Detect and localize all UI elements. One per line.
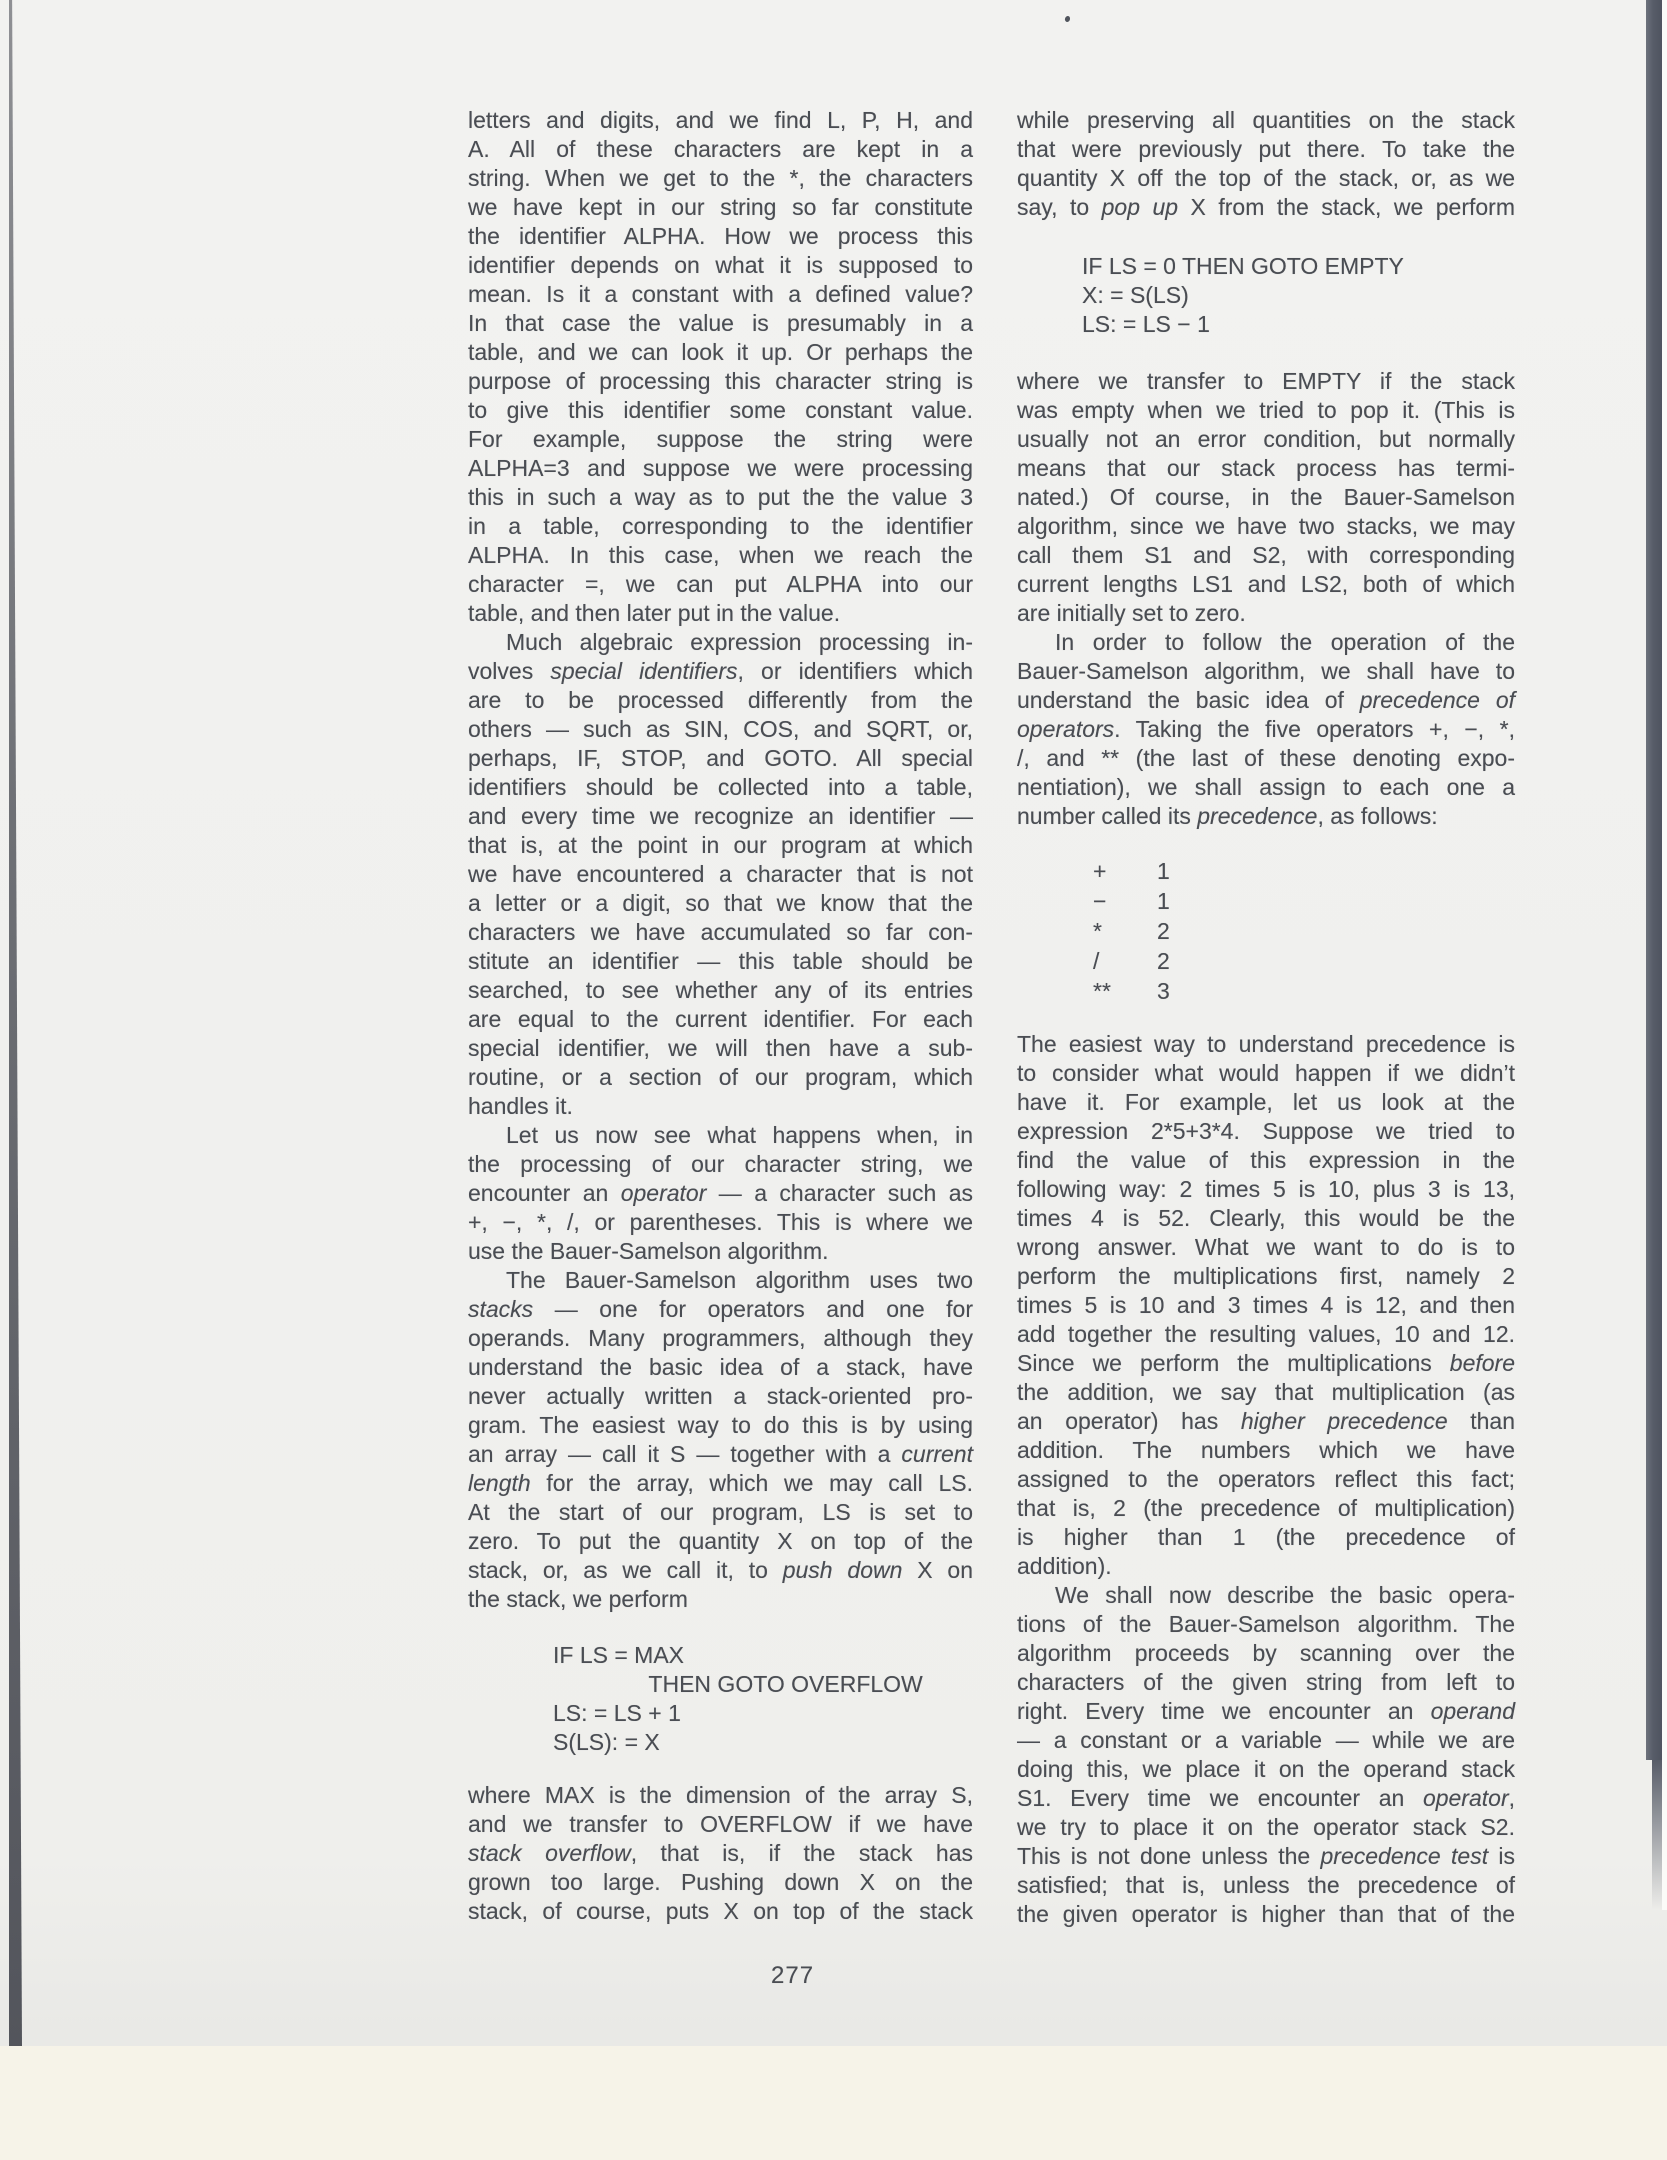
code-line: LS: = LS − 1 — [1082, 310, 1515, 339]
code-line: IF LS = MAX — [553, 1641, 973, 1670]
paragraph: Let us now see what happens when, inthe … — [468, 1121, 973, 1266]
text-line: perform the multiplications first, namel… — [1017, 1262, 1515, 1291]
text-line: special identifier, we will then have a … — [468, 1034, 973, 1063]
text-line: characters we have accumulated so far co… — [468, 918, 973, 947]
text-line: ALPHA=3 and suppose we were processing — [468, 454, 973, 483]
paragraph: letters and digits, and we find L, P, H,… — [468, 106, 973, 628]
text-line: use the Bauer-Samelson algorithm. — [468, 1237, 973, 1266]
text-line: routine, or a section of our program, wh… — [468, 1063, 973, 1092]
paragraph: In order to follow the operation of theB… — [1017, 628, 1515, 831]
text-line: The easiest way to understand precedence… — [1017, 1030, 1515, 1059]
italic-text: precedence — [1197, 803, 1317, 829]
italic-text: stacks — [468, 1296, 533, 1322]
page-right-edge-bar — [1646, 0, 1662, 1760]
text-line: The Bauer-Samelson algorithm uses two — [468, 1266, 973, 1295]
text-line: and we transfer to OVERFLOW if we have — [468, 1810, 973, 1839]
text-line: means that our stack process has termi- — [1017, 454, 1515, 483]
operator-symbol: / — [1093, 946, 1157, 976]
scanner-bottom-strip — [0, 2046, 1667, 2160]
text-line: satisfied; that is, unless the precedenc… — [1017, 1871, 1515, 1900]
text-line: stack overflow, that is, if the stack ha… — [468, 1839, 973, 1868]
text-line: number called its precedence, as follows… — [1017, 802, 1515, 831]
text-line: encounter an operator — a character such… — [468, 1179, 973, 1208]
text-line: was empty when we tried to pop it. (This… — [1017, 396, 1515, 425]
text-line: searched, to see whether any of its entr… — [468, 976, 973, 1005]
italic-text: stack overflow — [468, 1840, 631, 1866]
paragraph: Much algebraic expression processing in-… — [468, 628, 973, 1121]
text-line: zero. To put the quantity X on top of th… — [468, 1527, 973, 1556]
text-line: doing this, we place it on the operand s… — [1017, 1755, 1515, 1784]
precedence-value: 2 — [1157, 948, 1170, 974]
text-line: and every time we recognize an identifie… — [468, 802, 973, 831]
operator-symbol: + — [1093, 856, 1157, 886]
italic-text: pop up — [1102, 194, 1178, 220]
text-line: identifiers should be collected into a t… — [468, 773, 973, 802]
text-line: that is, 2 (the precedence of multiplica… — [1017, 1494, 1515, 1523]
text-line: nentiation), we shall assign to each one… — [1017, 773, 1515, 802]
italic-text: precedence test — [1321, 1843, 1489, 1869]
text-line: characters of the given string from left… — [1017, 1668, 1515, 1697]
text-line: the processing of our character string, … — [468, 1150, 973, 1179]
text-line: table, and then later put in the value. — [468, 599, 973, 628]
text-line: understand the basic idea of precedence … — [1017, 686, 1515, 715]
paragraph: We shall now describe the basic opera-ti… — [1017, 1581, 1515, 1929]
text-line: following way: 2 times 5 is 10, plus 3 i… — [1017, 1175, 1515, 1204]
precedence-value: 1 — [1157, 858, 1170, 884]
text-line: stack, or, as we call it, to push down X… — [468, 1556, 973, 1585]
italic-text: before — [1450, 1350, 1515, 1376]
operator-symbol: − — [1093, 886, 1157, 916]
paragraph: where we transfer to EMPTY if the stackw… — [1017, 367, 1515, 628]
text-line: an operator) has higher precedence than — [1017, 1407, 1515, 1436]
text-line: handles it. — [468, 1092, 973, 1121]
text-line: operands. Many programmers, although the… — [468, 1324, 973, 1353]
code-line: THEN GOTO OVERFLOW — [553, 1670, 973, 1699]
text-line: volves special identifiers, or identifie… — [468, 657, 973, 686]
text-line: say, to pop up X from the stack, we perf… — [1017, 193, 1515, 222]
text-line: At the start of our program, LS is set t… — [468, 1498, 973, 1527]
text-line: ALPHA. In this case, when we reach the — [468, 541, 973, 570]
text-line: current lengths LS1 and LS2, both of whi… — [1017, 570, 1515, 599]
paragraph: The easiest way to understand precedence… — [1017, 1030, 1515, 1581]
text-line: we have encountered a character that is … — [468, 860, 973, 889]
text-line: algorithm, since we have two stacks, we … — [1017, 512, 1515, 541]
italic-text: higher precedence — [1241, 1408, 1448, 1434]
text-line: letters and digits, and we find L, P, H,… — [468, 106, 973, 135]
text-line: the addition, we say that multiplication… — [1017, 1378, 1515, 1407]
text-line: to consider what would happen if we didn… — [1017, 1059, 1515, 1088]
text-line: usually not an error condition, but norm… — [1017, 425, 1515, 454]
code-block: IF LS = 0 THEN GOTO EMPTYX: = S(LS)LS: =… — [1082, 252, 1515, 339]
text-line: are to be processed differently from the — [468, 686, 973, 715]
text-line: Much algebraic expression processing in- — [468, 628, 973, 657]
italic-text: operator — [621, 1180, 707, 1206]
italic-text: operators — [1017, 716, 1114, 742]
text-line: times 4 is 52. Clearly, this would be th… — [1017, 1204, 1515, 1233]
text-line: are equal to the current identifier. For… — [468, 1005, 973, 1034]
text-line: an array — call it S — together with a c… — [468, 1440, 973, 1469]
page-right-white-margin — [1662, 0, 1667, 1910]
text-line: Since we perform the multiplications bef… — [1017, 1349, 1515, 1378]
paragraph: while preserving all quantities on the s… — [1017, 106, 1515, 222]
operator-symbol: * — [1093, 916, 1157, 946]
italic-text: operand — [1431, 1698, 1515, 1724]
text-line: the stack, we perform — [468, 1585, 973, 1614]
text-line: +, −, *, /, or parentheses. This is wher… — [468, 1208, 973, 1237]
text-line: grown too large. Pushing down X on the — [468, 1868, 973, 1897]
text-line: the given operator is higher than that o… — [1017, 1900, 1515, 1929]
text-line: is higher than 1 (the precedence of — [1017, 1523, 1515, 1552]
text-line: /, and ** (the last of these denoting ex… — [1017, 744, 1515, 773]
code-line: S(LS): = X — [553, 1728, 973, 1757]
code-line: X: = S(LS) — [1082, 281, 1515, 310]
text-line: add together the resulting values, 10 an… — [1017, 1320, 1515, 1349]
text-line: quantity X off the top of the stack, or,… — [1017, 164, 1515, 193]
text-line: gram. The easiest way to do this is by u… — [468, 1411, 973, 1440]
text-line: Let us now see what happens when, in — [468, 1121, 973, 1150]
text-line: times 5 is 10 and 3 times 4 is 12, and t… — [1017, 1291, 1515, 1320]
scanned-book-page: letters and digits, and we find L, P, H,… — [0, 0, 1667, 2160]
text-line: we try to place it on the operator stack… — [1017, 1813, 1515, 1842]
text-line: — a constant or a variable — while we ar… — [1017, 1726, 1515, 1755]
text-line: where MAX is the dimension of the array … — [468, 1781, 973, 1810]
paragraph: The Bauer-Samelson algorithm uses twosta… — [468, 1266, 973, 1614]
text-line: others — such as SIN, COS, and SQRT, or, — [468, 715, 973, 744]
text-line: the identifier ALPHA. How we process thi… — [468, 222, 973, 251]
text-line: This is not done unless the precedence t… — [1017, 1842, 1515, 1871]
text-line: right. Every time we encounter an operan… — [1017, 1697, 1515, 1726]
text-line: character =, we can put ALPHA into our — [468, 570, 973, 599]
text-line: that were previously put there. To take … — [1017, 135, 1515, 164]
italic-text: push down — [783, 1557, 903, 1583]
text-line: identifier depends on what it is suppose… — [468, 251, 973, 280]
page-right-edge-bar-tail — [1652, 1760, 1662, 1910]
text-line: mean. Is it a constant with a defined va… — [468, 280, 973, 309]
text-line: For example, suppose the string were — [468, 425, 973, 454]
text-line: perhaps, IF, STOP, and GOTO. All special — [468, 744, 973, 773]
text-line: find the value of this expression in the — [1017, 1146, 1515, 1175]
text-line: stack, of course, puts X on top of the s… — [468, 1897, 973, 1926]
page-number: 277 — [771, 1962, 814, 1990]
text-line: length for the array, which we may call … — [468, 1469, 973, 1498]
text-line: In order to follow the operation of the — [1017, 628, 1515, 657]
precedence-row: −1 — [1093, 886, 1515, 916]
text-line: tions of the Bauer-Samelson algorithm. T… — [1017, 1610, 1515, 1639]
text-line: that is, at the point in our program at … — [468, 831, 973, 860]
text-line: call them S1 and S2, with corresponding — [1017, 541, 1515, 570]
precedence-row: /2 — [1093, 946, 1515, 976]
text-line: we have kept in our string so far consti… — [468, 193, 973, 222]
text-line: addition. The numbers which we have — [1017, 1436, 1515, 1465]
text-line: S1. Every time we encounter an operator, — [1017, 1784, 1515, 1813]
text-line: never actually written a stack-oriented … — [468, 1382, 973, 1411]
paragraph: where MAX is the dimension of the array … — [468, 1781, 973, 1926]
precedence-value: 3 — [1157, 978, 1170, 1004]
code-line: LS: = LS + 1 — [553, 1699, 973, 1728]
text-line: to give this identifier some constant va… — [468, 396, 973, 425]
text-line: We shall now describe the basic opera- — [1017, 1581, 1515, 1610]
text-line: nated.) Of course, in the Bauer-Samelson — [1017, 483, 1515, 512]
text-line: addition). — [1017, 1552, 1515, 1581]
text-line: stacks — one for operators and one for — [468, 1295, 973, 1324]
text-line: expression 2*5+3*4. Suppose we tried to — [1017, 1117, 1515, 1146]
right-column: while preserving all quantities on the s… — [1017, 106, 1515, 1929]
text-line: in a table, corresponding to the identif… — [468, 512, 973, 541]
text-line: while preserving all quantities on the s… — [1017, 106, 1515, 135]
text-line: are initially set to zero. — [1017, 599, 1515, 628]
text-line: A. All of these characters are kept in a — [468, 135, 973, 164]
precedence-row: *2 — [1093, 916, 1515, 946]
text-line: where we transfer to EMPTY if the stack — [1017, 367, 1515, 396]
text-line: In that case the value is presumably in … — [468, 309, 973, 338]
text-line: assigned to the operators reflect this f… — [1017, 1465, 1515, 1494]
text-line: Bauer-Samelson algorithm, we shall have … — [1017, 657, 1515, 686]
text-line: have it. For example, let us look at the — [1017, 1088, 1515, 1117]
italic-text: current — [901, 1441, 973, 1467]
operator-symbol: ** — [1093, 976, 1157, 1006]
italic-text: special identifiers — [550, 658, 737, 684]
code-line: IF LS = 0 THEN GOTO EMPTY — [1082, 252, 1515, 281]
text-line: a letter or a digit, so that we know tha… — [468, 889, 973, 918]
text-line: string. When we get to the *, the charac… — [468, 164, 973, 193]
precedence-value: 1 — [1157, 888, 1170, 914]
precedence-table: +1−1*2/2**3 — [1093, 856, 1515, 1006]
text-line: operators. Taking the five operators +, … — [1017, 715, 1515, 744]
text-line: table, and we can look it up. Or perhaps… — [468, 338, 973, 367]
italic-text: operator — [1423, 1785, 1509, 1811]
italic-text: precedence of — [1360, 687, 1515, 713]
italic-text: length — [468, 1470, 531, 1496]
text-line: purpose of processing this character str… — [468, 367, 973, 396]
text-line: this in such a way as to put the the val… — [468, 483, 973, 512]
text-line: wrong answer. What we want to do is to — [1017, 1233, 1515, 1262]
text-line: stitute an identifier — this table shoul… — [468, 947, 973, 976]
text-line: understand the basic idea of a stack, ha… — [468, 1353, 973, 1382]
precedence-value: 2 — [1157, 918, 1170, 944]
precedence-row: +1 — [1093, 856, 1515, 886]
left-column: letters and digits, and we find L, P, H,… — [468, 106, 973, 1926]
text-line: algorithm proceeds by scanning over the — [1017, 1639, 1515, 1668]
code-block: IF LS = MAX THEN GOTO OVERFLOWLS: = LS +… — [553, 1641, 973, 1757]
precedence-row: **3 — [1093, 976, 1515, 1006]
